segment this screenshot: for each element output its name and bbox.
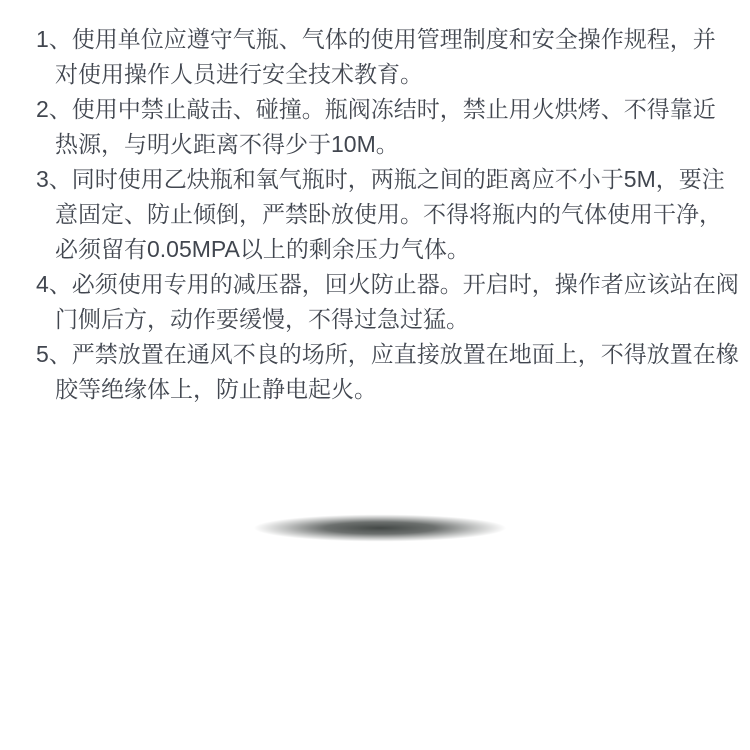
rule-line-continuation: 胶等绝缘体上，防止静电起火。 xyxy=(0,372,750,407)
rule-number: 5、 xyxy=(36,337,72,372)
rule-line-continuation: 热源，与明火距离不得少于10M。 xyxy=(0,127,750,162)
rule-text: 意固定、防止倾倒，严禁卧放使用。不得将瓶内的气体使用干净， xyxy=(55,201,722,227)
rule-text: 严禁放置在通风不良的场所，应直接放置在地面上，不得放置在橡 xyxy=(72,341,739,367)
rule-text: 对使用操作人员进行安全技术教育。 xyxy=(55,61,423,87)
rule-text: 门侧后方，动作要缓慢，不得过急过猛。 xyxy=(55,306,469,332)
rule-text: 必须留有0.05MPA以上的剩余压力气体。 xyxy=(55,236,470,262)
rule-number: 4、 xyxy=(36,267,72,302)
rule-line-first: 2、使用中禁止敲击、碰撞。瓶阀冻结时，禁止用火烘烤、不得靠近 xyxy=(0,92,750,127)
safety-rules-list: 1、使用单位应遵守气瓶、气体的使用管理制度和安全操作规程，并对使用操作人员进行安… xyxy=(0,22,750,407)
rule-line-continuation: 对使用操作人员进行安全技术教育。 xyxy=(0,57,750,92)
rule-text: 使用中禁止敲击、碰撞。瓶阀冻结时，禁止用火烘烤、不得靠近 xyxy=(72,96,716,122)
rule-text: 热源，与明火距离不得少于10M。 xyxy=(55,131,399,157)
rule-line-continuation: 必须留有0.05MPA以上的剩余压力气体。 xyxy=(0,232,750,267)
rule-line-first: 5、严禁放置在通风不良的场所，应直接放置在地面上，不得放置在橡 xyxy=(0,337,750,372)
rule-number: 3、 xyxy=(36,162,72,197)
rule-line-first: 3、同时使用乙炔瓶和氧气瓶时，两瓶之间的距离应不小于5M，要注 xyxy=(0,162,750,197)
rule-line-first: 1、使用单位应遵守气瓶、气体的使用管理制度和安全操作规程，并 xyxy=(0,22,750,57)
rule-number: 1、 xyxy=(36,22,72,57)
rule-line-continuation: 门侧后方，动作要缓慢，不得过急过猛。 xyxy=(0,302,750,337)
rule-line-continuation: 意固定、防止倾倒，严禁卧放使用。不得将瓶内的气体使用干净， xyxy=(0,197,750,232)
rule-line-first: 4、必须使用专用的减压器，回火防止器。开启时，操作者应该站在阀 xyxy=(0,267,750,302)
ground-shadow xyxy=(222,511,538,545)
rule-text: 同时使用乙炔瓶和氧气瓶时，两瓶之间的距离应不小于5M，要注 xyxy=(72,166,725,192)
rule-text: 使用单位应遵守气瓶、气体的使用管理制度和安全操作规程，并 xyxy=(72,26,716,52)
rule-number: 2、 xyxy=(36,92,72,127)
rule-text: 必须使用专用的减压器，回火防止器。开启时，操作者应该站在阀 xyxy=(72,271,739,297)
rule-text: 胶等绝缘体上，防止静电起火。 xyxy=(55,376,377,402)
